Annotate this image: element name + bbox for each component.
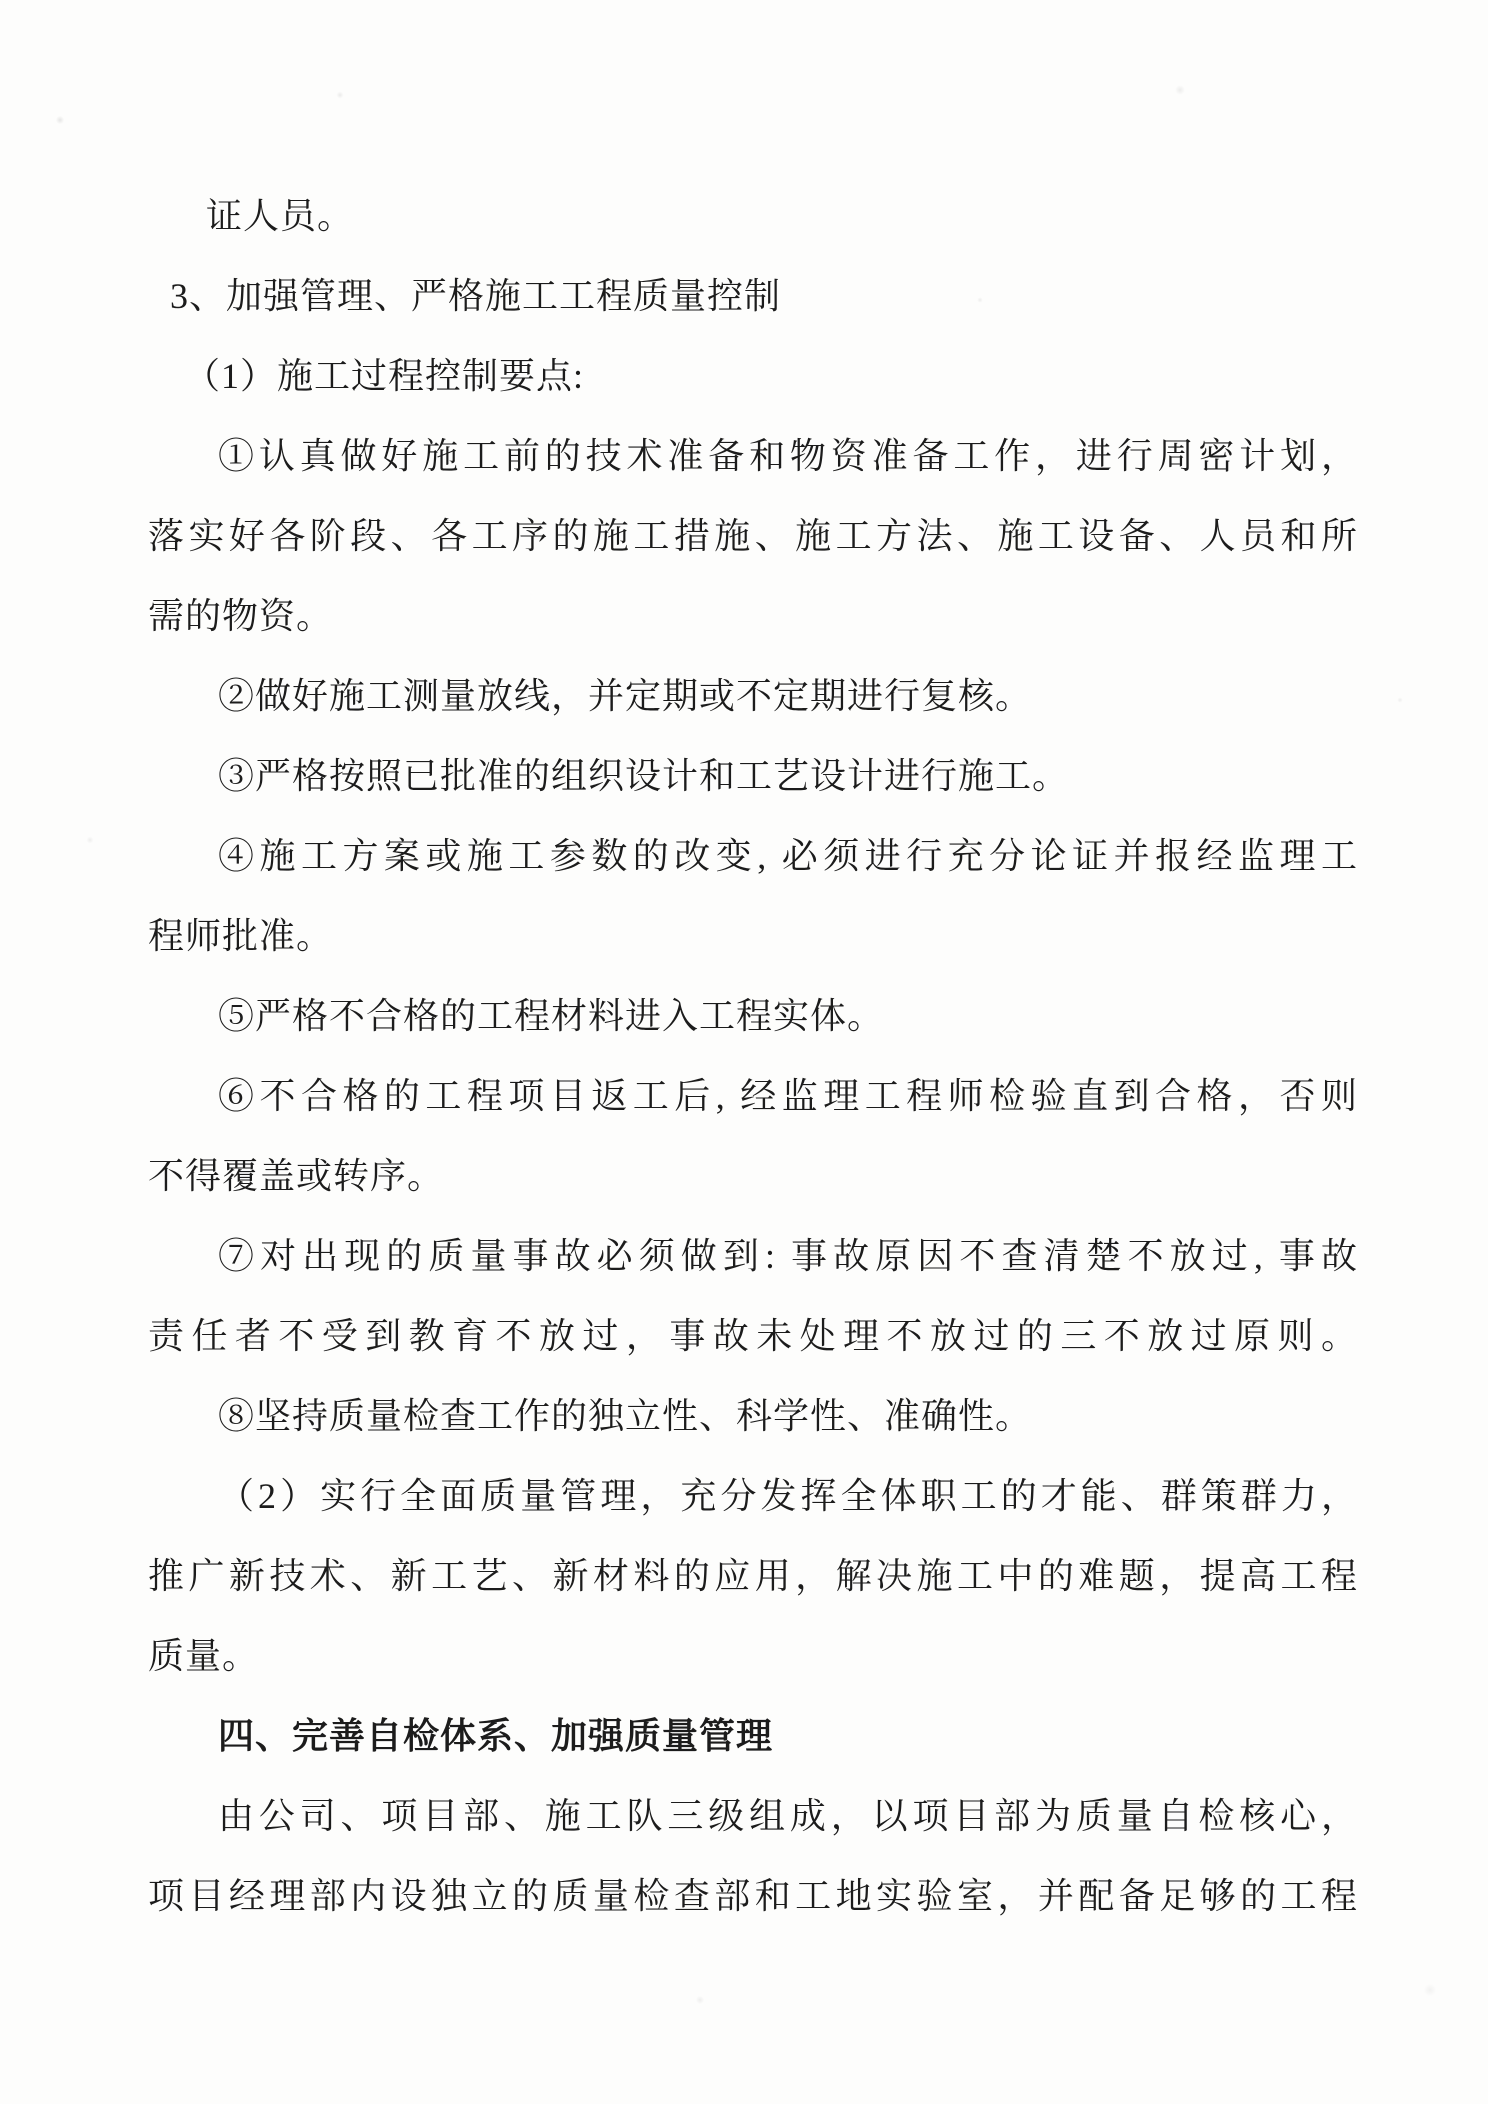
section-4-body-line: 项目经理部内设独立的质量检查部和工地实验室，并配备足够的工程 (148, 1856, 1358, 1936)
subsection-1-heading: （1）施工过程控制要点: (148, 336, 1358, 416)
list-item-7-line: 责任者不受到教育不放过，事故未处理不放过的三不放过原则。 (148, 1296, 1358, 1376)
list-item-6-line: ⑥不合格的工程项目返工后, 经监理工程师检验直到合格，否则 (148, 1056, 1358, 1136)
section-4-body-line: 由公司、项目部、施工队三级组成，以项目部为质量自检核心， (148, 1776, 1358, 1856)
list-item-4-line: 程师批准。 (148, 896, 1358, 976)
list-item-3-line: ③严格按照已批准的组织设计和工艺设计进行施工。 (148, 736, 1358, 816)
document-text-block: 证人员。 3、加强管理、严格施工工程质量控制 （1）施工过程控制要点: ①认真做… (148, 176, 1358, 1936)
subsection-2-line: （2）实行全面质量管理，充分发挥全体职工的才能、群策群力， (148, 1456, 1358, 1536)
list-item-2-line: ②做好施工测量放线，并定期或不定期进行复核。 (148, 656, 1358, 736)
list-item-8-line: ⑧坚持质量检查工作的独立性、科学性、准确性。 (148, 1376, 1358, 1456)
section-3-heading: 3、加强管理、严格施工工程质量控制 (148, 256, 1358, 336)
list-item-7-line: ⑦对出现的质量事故必须做到: 事故原因不查清楚不放过, 事故 (148, 1216, 1358, 1296)
section-4-heading: 四、完善自检体系、加强质量管理 (148, 1696, 1358, 1776)
list-item-6-line: 不得覆盖或转序。 (148, 1136, 1358, 1216)
list-item-1-line: 落实好各阶段、各工序的施工措施、施工方法、施工设备、人员和所 (148, 496, 1358, 576)
subsection-2-line: 推广新技术、新工艺、新材料的应用，解决施工中的难题，提高工程 (148, 1536, 1358, 1616)
list-item-4-line: ④施工方案或施工参数的改变, 必须进行充分论证并报经监理工 (148, 816, 1358, 896)
document-page: 证人员。 3、加强管理、严格施工工程质量控制 （1）施工过程控制要点: ①认真做… (0, 0, 1488, 2104)
list-item-5-line: ⑤严格不合格的工程材料进入工程实体。 (148, 976, 1358, 1056)
paragraph-continuation-line: 证人员。 (148, 176, 1358, 256)
list-item-1-line: ①认真做好施工前的技术准备和物资准备工作，进行周密计划， (148, 416, 1358, 496)
subsection-2-line: 质量。 (148, 1616, 1358, 1696)
list-item-1-line: 需的物资。 (148, 576, 1358, 656)
